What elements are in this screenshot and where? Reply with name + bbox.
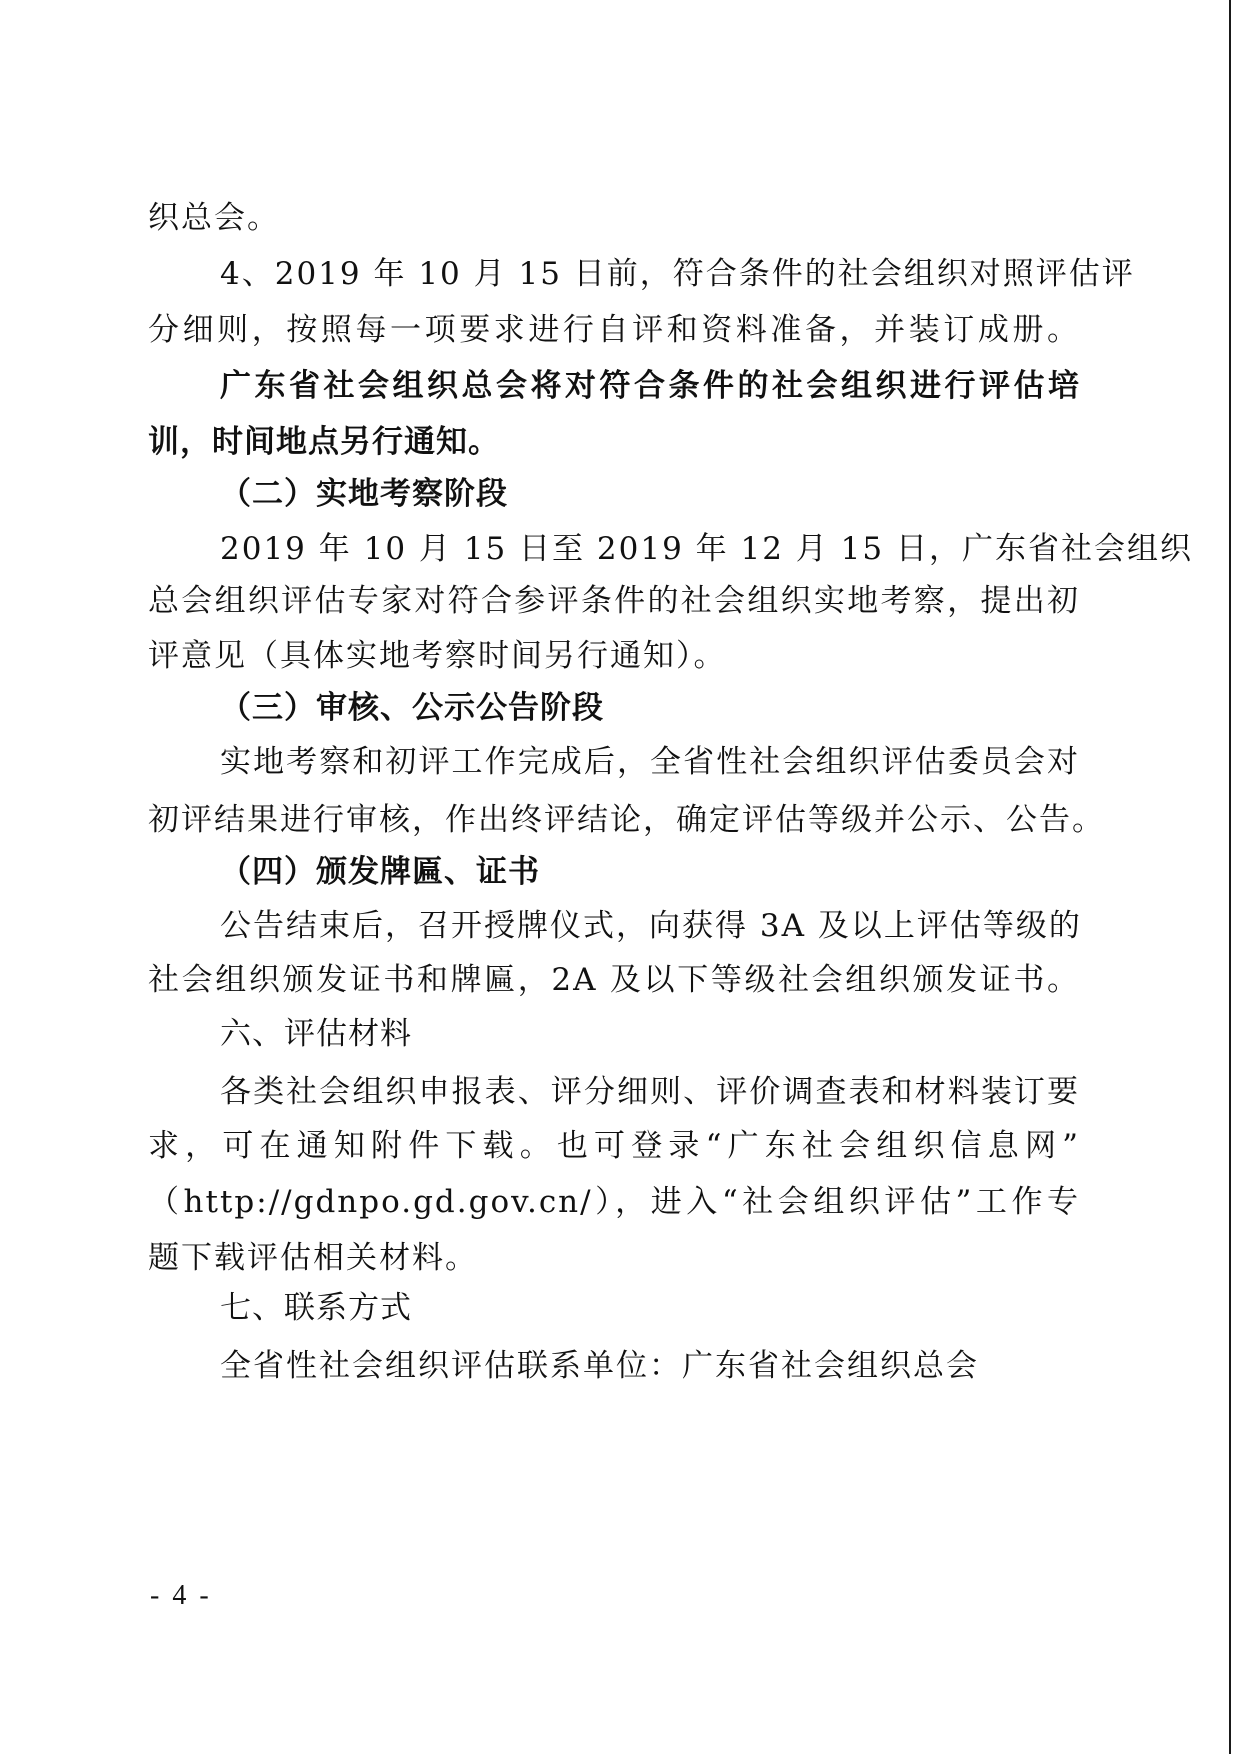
section-heading-awarding-plaques: （四）颁发牌匾、证书 <box>220 852 540 892</box>
paragraph-line: 2019 年 10 月 15 日至 2019 年 12 月 15 日，广东省社会… <box>220 529 1080 569</box>
contact-unit-line: 全省性社会组织评估联系单位：广东省社会组织总会 <box>220 1346 979 1386</box>
paragraph-line: 各类社会组织申报表、评分细则、评价调查表和材料装订要 <box>220 1072 1080 1112</box>
paragraph-line: 社会组织颁发证书和牌匾，2A 及以下等级社会组织颁发证书。 <box>148 960 1080 1000</box>
paragraph-line: 初评结果进行审核，作出终评结论，确定评估等级并公示、公告。 <box>148 800 1080 840</box>
paragraph-line: 分细则，按照每一项要求进行自评和资料准备，并装订成册。 <box>148 310 1080 350</box>
paragraph-line: 织总会。 <box>148 198 280 238</box>
paragraph-line: 总会组织评估专家对符合参评条件的社会组织实地考察，提出初 <box>148 581 1080 621</box>
page-number: - 4 - <box>150 1578 212 1614</box>
paragraph-line: 求，可在通知附件下载。也可登录“广东社会组织信息网” <box>148 1126 1080 1166</box>
document-page: 织总会。 4、2019 年 10 月 15 日前，符合条件的社会组织对照评估评 … <box>0 0 1240 1754</box>
paragraph-line-with-url: （http://gdnpo.gd.gov.cn/），进入“社会组织评估”工作专 <box>148 1182 1080 1222</box>
section-heading-on-site-inspection: （二）实地考察阶段 <box>220 474 508 514</box>
paragraph-line: 题下载评估相关材料。 <box>148 1238 478 1278</box>
paragraph-line: 评意见（具体实地考察时间另行通知）。 <box>148 636 727 676</box>
section-heading-review-publication: （三）审核、公示公告阶段 <box>220 688 604 728</box>
section-heading-contact: 七、联系方式 <box>220 1288 412 1328</box>
bold-paragraph-line: 广东省社会组织总会将对符合条件的社会组织进行评估培 <box>220 366 1080 406</box>
scan-border-line <box>1229 0 1231 1754</box>
section-heading-evaluation-materials: 六、评估材料 <box>220 1014 412 1054</box>
paragraph-line: 4、2019 年 10 月 15 日前，符合条件的社会组织对照评估评 <box>220 254 1080 294</box>
paragraph-line: 公告结束后，召开授牌仪式，向获得 3A 及以上评估等级的 <box>220 906 1080 946</box>
bold-paragraph-line: 训，时间地点另行通知。 <box>148 422 500 462</box>
paragraph-line: 实地考察和初评工作完成后，全省性社会组织评估委员会对 <box>220 742 1080 782</box>
